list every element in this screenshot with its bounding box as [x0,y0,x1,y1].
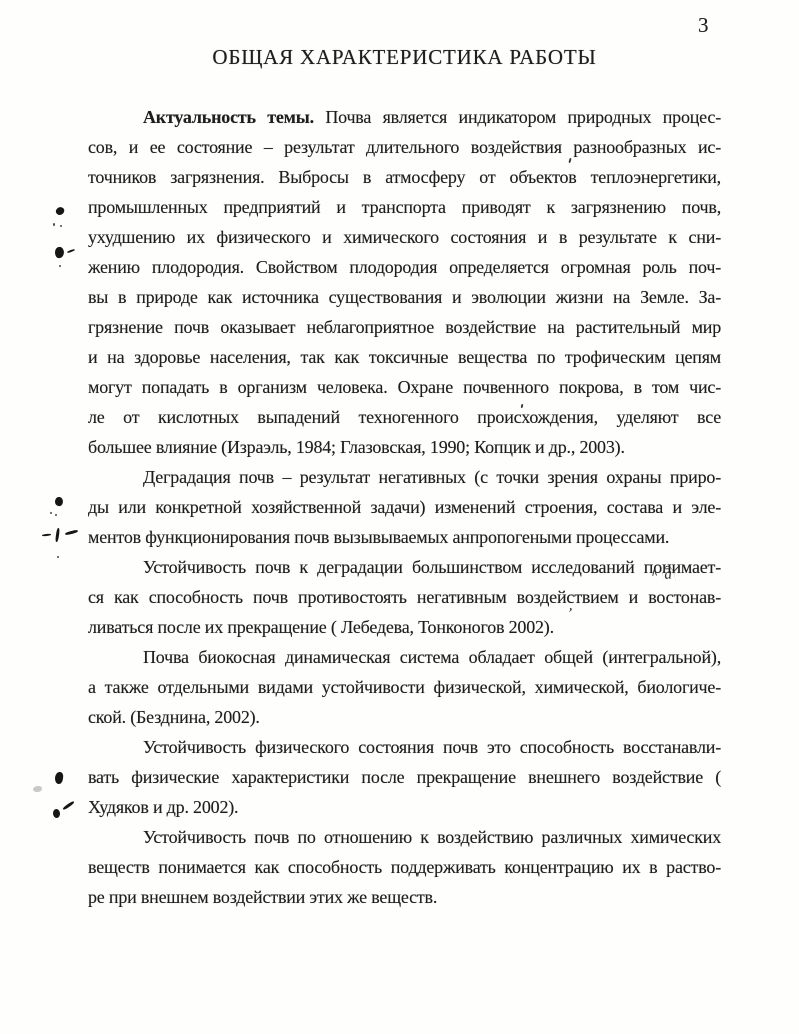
text-line: и на здоровье населения, так как токсичн… [88,342,721,372]
text-line: ре при внешнем воздействии этих же вещес… [88,882,721,912]
text-line: Деградация почв – результат негативных (… [88,462,721,492]
text-line: вать физические характеристики после пре… [88,762,721,792]
ink-smudge [54,772,64,785]
text-line: сов, и ее состояние – результат длительн… [88,132,721,162]
text-line: могут попадать в организм человека. Охра… [88,372,721,402]
scanned-page: 3 ОБЩАЯ ХАРАКТЕРИСТИКА РАБОТЫ Актуальнос… [0,0,799,1034]
text-line: промышленных предприятий и транспорта пр… [88,192,721,222]
text-line: вы в природе как источника существования… [88,282,721,312]
page-number: 3 [698,13,709,37]
text-line: Устойчивость почв к деградации большинст… [88,552,721,582]
ink-smudge [54,496,64,507]
ink-speck [57,556,59,558]
text-line: ухудшению их физического и химического с… [88,222,721,252]
ink-speck [50,512,52,514]
text-line: ментов функционирования почв вызывываемы… [88,522,721,552]
text-line: ся как способность почв противостоять не… [88,582,721,612]
text-line: Устойчивость физического состояния почв … [88,732,721,762]
text-line: веществ понимается как способность подде… [88,852,721,882]
text-line: ды или конкретной хозяйственной задачи) … [88,492,721,522]
text-line: ской. (Безднина, 2002). [88,702,721,732]
text-line: Устойчивость почв по отношению к воздейс… [88,822,721,852]
pencil-hook [55,528,60,542]
text-line: Худяков и др. 2002). [88,792,721,822]
pencil-stroke [62,801,74,811]
text-line: Актуальность темы. Почва является индика… [88,102,721,132]
text-block: Актуальность темы. Почва является индика… [88,102,721,912]
pencil-smudge [33,786,42,792]
ink-stroke [67,249,75,254]
ink-speck [60,225,62,227]
ink-smudge [55,206,65,216]
ink-speck [59,265,61,267]
inserted-letter: а [662,565,676,583]
ink-smudge [54,246,65,258]
text-line: а также отдельными видами устойчивости ф… [88,672,721,702]
page-title: ОБЩАЯ ХАРАКТЕРИСТИКА РАБОТЫ [88,44,721,70]
ink-speck [53,223,55,226]
ink-smudge [53,809,61,819]
text-line: большее влияние (Израэль, 1984; Глазовск… [88,432,721,462]
text-line: ливаться после их прекращение ( Лебедева… [88,612,721,642]
insertion-caret-mark: ∧ [650,567,658,578]
text-line: жению плодородия. Свойством плодородия о… [88,252,721,282]
bold-lead: Актуальность темы. [143,107,314,127]
text-line: ле от кислотных выпадений техногенного п… [88,402,721,432]
text-line: Почва биокосная динамическая система обл… [88,642,721,672]
text-line: грязнение почв оказывает неблагоприятное… [88,312,721,342]
pencil-swash [65,529,78,535]
pencil-dash [42,534,51,537]
ink-speck [55,514,57,516]
text-line: точников загрязнения. Выбросы в атмосфер… [88,162,721,192]
handwritten-insertion-mark: ∧ а [650,565,675,585]
